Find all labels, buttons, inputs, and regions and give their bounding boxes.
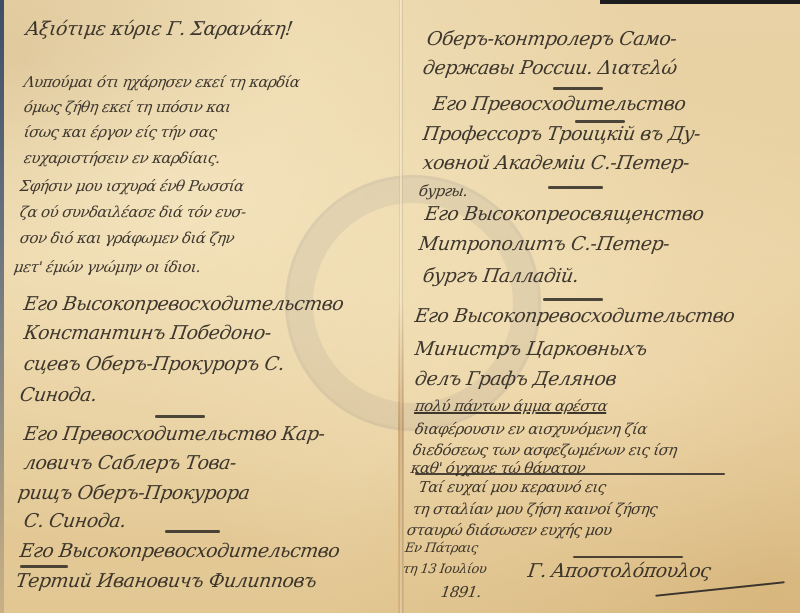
addressee-line: державы России. Διατελώ [421,57,678,79]
text-line: σον διό και γράφωμεν διά ζην [19,229,236,247]
text-line: ευχαριστήσειν εν καρδίαις. [23,149,221,167]
signature: Γ. Αποστολόπουλος [526,560,712,582]
text-line: μετ' έμών γνώμην οι ίδιοι. [13,258,202,276]
right-page: Оберъ-контролеръ Само- державы России. Δ… [403,0,800,613]
text-line: ίσως και έργον είς τήν σας [23,123,218,141]
addressee-line: Министръ Царковныхъ [413,338,648,360]
addressee-line: бургы. [418,182,469,200]
text-line: τη σταλίαν μου ζήση καινοί ζήσης [412,500,659,518]
text-line: διεδόσεως των ασφεζωμένων εις ίση [412,441,678,459]
addressee-line: С. Синода. [22,510,127,532]
separator-rule [553,87,603,90]
separator-rule [548,186,603,189]
left-page: Αξιότιμε κύριε Γ. Σαρανάκη! Λυπούμαι ότι… [0,0,398,613]
separator-rule [415,473,725,475]
text-line: πολύ πάντων άμμα αρέστα [414,397,609,415]
addressee-line: делъ Графъ Делянов [413,368,617,390]
addressee-line: Его Высокопревосходительство [18,540,340,562]
addressee-line: Его Превосходительство Кар- [22,423,326,445]
place-line: Εν Πάτραις [404,541,479,556]
addressee-line: Синода. [18,384,98,406]
text-line: Σφήσιν μου ισχυρά ένθ Ρωσσία [19,177,245,195]
addressee-line: Его Высокопревосходительство [413,305,735,327]
separator-rule [573,556,683,558]
addressee-line: Его Превосходительство [431,93,686,115]
date-line: τη 13 Ιουλίου [402,562,487,577]
text-line: Λυπούμαι ότι ηχάρησεν εκεί τη καρδία [23,73,301,91]
addressee-line: ловичъ Саблеръ Това- [22,452,237,474]
separator-rule [165,530,220,533]
separator-rule [155,415,205,418]
salutation: Αξιότιμε κύριε Γ. Σαρανάκη! [24,18,293,40]
text-line: Ταί ευχαί μου κεραυνό εις [418,478,607,496]
addressee-line: бургъ Палладій. [421,265,579,287]
addressee-line: рищъ Оберъ-Прокурора [16,482,251,504]
separator-rule [20,565,68,568]
addressee-line: Тертий Ивановичъ Филипповъ [14,570,317,592]
addressee-line: Оберъ-контролеръ Само- [425,28,677,50]
letter-sheet: Αξιότιμε κύριε Γ. Σαρανάκη! Λυπούμαι ότι… [0,0,800,613]
text-line: όμως ζήθη εκεί τη ιπόσιν και [23,98,232,116]
year-line: 1891. [440,583,482,601]
addressee-line: сцевъ Оберъ-Прокуроръ С. [22,353,285,375]
text-line: σταυρώ διάσωσεν ευχής μου [406,521,613,539]
text-line: ζα ού συνδαιλέασε διά τόν ευσ- [19,203,247,221]
addressee-line: Профессоръ Троицкій въ Ду- [421,123,701,145]
text-line: διαφέρουσιν εν αισχυνόμενη ζία [414,420,648,438]
separator-rule [543,298,603,301]
addressee-line: ховной Академіи С.-Петер- [421,152,690,174]
addressee-line: Его Высокопревосходительство [22,293,344,315]
addressee-line: Константинъ Победоно- [22,322,272,344]
addressee-line: Митрополитъ С.-Петер- [417,233,670,255]
addressee-line: Его Высокопреосвященство [423,203,705,225]
